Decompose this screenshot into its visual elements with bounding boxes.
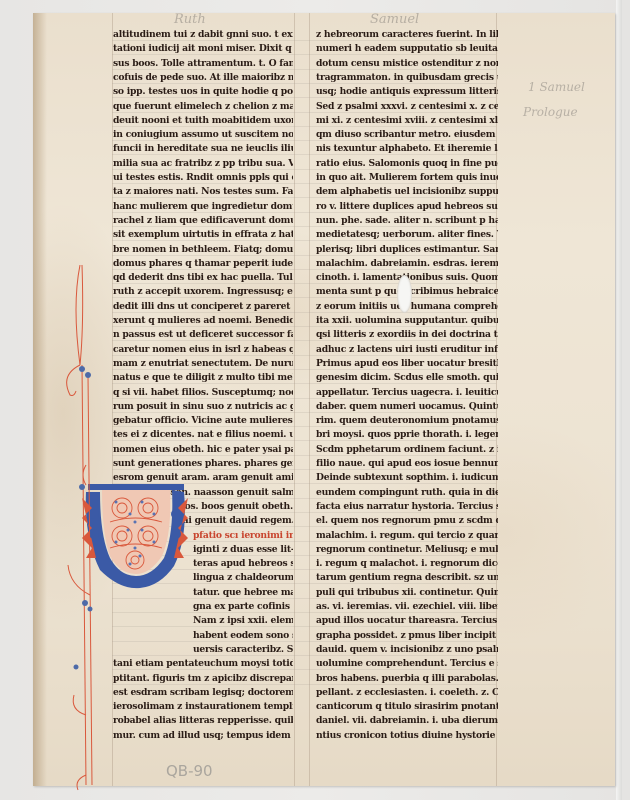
margin-note-prologue: Prologue <box>523 105 578 119</box>
text-line: tarum gentium regna describit. sz unius … <box>316 573 498 583</box>
parchment-hole <box>397 275 412 313</box>
text-line: Nam z ipsi xxii. elementa <box>193 616 293 626</box>
text-line: xerunt q mulieres ad noemi. Benedictus d… <box>113 316 293 326</box>
text-line: malachim. dabreiamin. esdras. ieremias c… <box>316 259 498 269</box>
text-line: uersis caracteribz. Samari- <box>193 645 293 655</box>
text-line: plerisq; libri duplices estimantur. Samu… <box>316 245 498 255</box>
text-line: mi xi. z centesimi xviii. z centesimi xl… <box>316 116 498 126</box>
text-line: iginti z duas esse lit- <box>193 545 293 555</box>
text-line: eundem compingunt ruth. quia in diebz iu… <box>316 488 498 498</box>
text-line: domus phares q thamar peperit iude de se… <box>113 259 293 269</box>
text-line: sit exemplum uirtutis in effrata z hat c… <box>113 230 293 240</box>
text-line: Sed z psalmi xxxvi. z centesimi x. z cen… <box>316 102 498 112</box>
text-line: filio naue. qui apud eos iosue bennum di… <box>316 459 498 469</box>
text-line: ntius cronicon totius diuine hystorie po… <box>316 731 498 741</box>
text-line: altitudinem tui z dabit gnni suo. t exi- <box>113 30 293 40</box>
text-line: ui testes estis. Rndit omnis ppls qui er… <box>113 173 293 183</box>
text-line: el. quem nos regnorum pmu z scdm dicim. … <box>316 516 498 526</box>
text-line: robabel alias litteras repperisse. quibz… <box>113 716 293 726</box>
text-line: dauid. quem v. incisionibz z uno psalmor… <box>316 645 498 655</box>
text-line: facta eius narratur hystoria. Tercius se… <box>316 502 498 512</box>
text-column-right: z hebreorum caracteres fuerint. In libro… <box>316 30 498 670</box>
text-line: ierosolimam z instaurationem templi sub … <box>113 702 293 712</box>
text-line: tationi iudicij ait moni miser. Dixit q … <box>113 44 293 54</box>
text-line: tani etiam pentateuchum moysi totidem li… <box>113 659 293 669</box>
text-line: z hebreorum caracteres fuerint. In libro… <box>316 30 498 40</box>
text-line: as. vi. ieremias. vii. ezechiel. viii. l… <box>316 602 498 612</box>
text-line: rachel z liam que edificaverunt domu isr… <box>113 216 293 226</box>
text-line: funcii in hereditate sua ne ieuclis iliu… <box>113 144 293 154</box>
text-line: nis texuntur alphabeto. Et iheremie lame… <box>316 144 498 154</box>
text-line: adhuc z lactens uiri iusti eruditur infa… <box>316 345 498 355</box>
text-line: bros habens. puerbia q illi parabolas. i… <box>316 674 498 684</box>
text-line: genesim dicim. Scdus elle smoth. qui exo… <box>316 373 498 383</box>
text-line: Scdm pphetarum ordinem faciunt. z incipi… <box>316 445 498 455</box>
text-line: daniel. vii. dabreiamin. i. uba dierum. … <box>316 716 498 726</box>
running-header-right: Samuel <box>370 12 419 27</box>
text-line: Deinde subtexunt sopthim. i. iudicum lib… <box>316 473 498 483</box>
margin-note-book: 1 Samuel <box>528 80 585 94</box>
text-line: ptitant. figuris tm z apicibz discrepant… <box>113 674 293 684</box>
text-line: pellant. z ecclesiasten. i. coeleth. z. … <box>316 688 498 698</box>
text-line: dem alphabetis uel incisionibz supputant… <box>316 187 498 197</box>
text-line: nun. phe. sade. aliter n. scribunt p has… <box>316 216 498 226</box>
shelfmark: QB-90 <box>166 762 213 780</box>
rubric-heading: pfatio scı ieronimi in libro samuel <box>193 531 293 541</box>
text-line: tragrammaton. in quibusdam grecis uolumi… <box>316 73 498 83</box>
text-line: natus e que te diligit z multo tibi meli… <box>113 373 293 383</box>
text-line: usq; hodie antiquis expressum litteris i… <box>316 87 498 97</box>
text-line: ta z maiores nati. Nos testes sum. Facia… <box>113 187 293 197</box>
text-line: i. regum q malachot. i. regnorum dicere.… <box>316 559 498 569</box>
text-line: hanc mulierem que ingredietur domu tuam … <box>113 202 293 212</box>
text-line: ita xxii. uolumina supputantur. quibus <box>316 316 498 326</box>
text-line: apud illos uocatur thareasra. Tercius or… <box>316 616 498 626</box>
text-line: appellatur. Tercius uagecra. i. leuiticu… <box>316 388 498 398</box>
text-line: q si vii. habet filios. Susceptumq; noem… <box>113 388 293 398</box>
text-line: so ipp. testes uos in quite hodie q poss… <box>113 87 293 97</box>
text-line: n passus est ut deficeret successor fami… <box>113 330 293 340</box>
text-line: rum posuit in sinu suo z nutricis ac ger… <box>113 402 293 412</box>
text-line: habent eodem sono sz di- <box>193 631 293 641</box>
text-line: deuit nooni et tuith moabitidem uxore. m… <box>113 116 293 126</box>
text-line: in quo ait. Mulierem fortem quis inuenie… <box>316 173 498 183</box>
text-line: mur. cum ad illud usq; tempus idem samar… <box>113 731 293 741</box>
text-line: cofuis de pede suo. At ille maioribz nam… <box>113 73 293 83</box>
mount-edge <box>616 0 622 800</box>
text-line: grapha possidet. z pmus liber incipit a … <box>316 631 498 641</box>
text-line: medietatesq; uerborum. aliter fines. Vnd… <box>316 230 498 240</box>
text-line: regnorum continetur. Meliusq; e multo ma… <box>316 545 498 555</box>
text-line: nomen eius obeth. hic e pater ysai patri… <box>113 445 293 455</box>
ruling-line <box>112 684 496 685</box>
text-line: tes ei z dicentes. nat e filius noemi. u… <box>113 430 293 440</box>
text-line: caretur nomen eius in isrl z habeas qui … <box>113 345 293 355</box>
text-line: qsi litteris z exordiis in dei doctrina … <box>316 330 498 340</box>
text-line: tatur. que hebree ma- <box>193 588 293 598</box>
text-line: puli qui tribubus xii. continetur. Quint… <box>316 588 498 598</box>
text-line: ro v. littere duplices apud hebreos sunt… <box>316 202 498 212</box>
text-line: gebatur officio. Vicine aute mulieres co… <box>113 416 293 426</box>
text-line: numeri h eadem supputatio sb leuitarum a… <box>316 44 498 54</box>
text-line: ruth z accepit uxorem. Ingressusq; e ad … <box>113 287 293 297</box>
text-line: ratio eius. Salomonis quoq in fine puerb… <box>316 159 498 169</box>
text-line: bri moysi. quos pprie thorath. i. legem … <box>316 430 498 440</box>
text-line: uolumine comprehendunt. Tercius e salomo… <box>316 659 498 669</box>
text-line: bre nomen in bethleem. Fiatq; domus tua … <box>113 245 293 255</box>
marginal-flourish-icon <box>60 265 120 795</box>
text-line: dedit illi dns ut conciperet z pareret f… <box>113 302 293 312</box>
text-line: mam z enutriat senectutem. De nuru n. ma <box>113 359 293 369</box>
running-header-left: Ruth <box>174 12 206 27</box>
text-line: milia sua ac fratribz z pp tribu sua. Vo… <box>113 159 293 169</box>
text-line: in coniugium assumo ut suscitem nomen de <box>113 130 293 140</box>
text-line: daber. quem numeri uocamus. Quintus. ada… <box>316 402 498 412</box>
text-line: que fuerunt elimelech z chelion z maalon… <box>113 102 293 112</box>
text-line: Primus apud eos liber uocatur bresith. q… <box>316 359 498 369</box>
text-line: qm diuso scribantur metro. eiusdem ordi <box>316 130 498 140</box>
text-line: sunt generationes phares. phares genuit … <box>113 459 293 469</box>
text-line: lingua z chaldeorum tes- <box>193 573 293 583</box>
text-line: gna ex parte cofinis est. <box>193 602 293 612</box>
text-line: qd dederit dns tibi ex hac puella. Tulit… <box>113 273 293 283</box>
text-line: est esdram scribam legisq; doctorem post… <box>113 688 293 698</box>
text-line: rim. quem deuteronomium pnotamus. hii su… <box>316 416 498 426</box>
text-line: teras apud hebreos syrorum q <box>193 559 293 569</box>
text-line: malachim. i. regum. qui tercio z quarto … <box>316 531 498 541</box>
text-line: sus boos. Tolle attramentum. t. O fanun <box>113 59 293 69</box>
text-line: dotum censu mistice ostenditur z nomen d… <box>316 59 498 69</box>
text-line: canticorum q titulo sirasirim pnotant. v… <box>316 702 498 712</box>
